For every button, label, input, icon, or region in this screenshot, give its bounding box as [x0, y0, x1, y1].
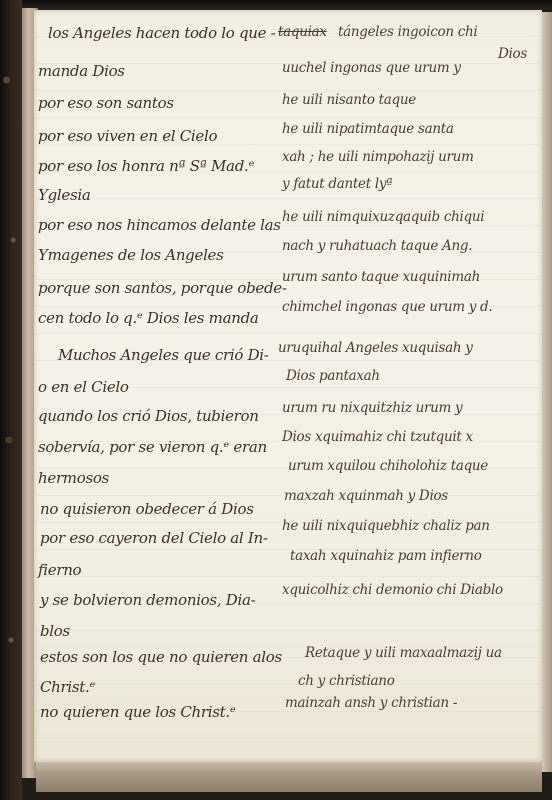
spanish-text-line: por eso son santos — [38, 94, 174, 112]
book-binding-top — [0, 0, 552, 10]
translation-text-line: uruquihal Angeles xuquisah y — [278, 340, 473, 356]
translation-text-line: uuchel ingonas que urum y — [282, 60, 461, 76]
spanish-text-line: no quieren que los Christ.ᵉ — [40, 703, 235, 721]
translation-text-line: Dios pantaxah — [286, 368, 380, 384]
marbled-binding — [0, 0, 22, 800]
spanish-text-line: estos son los que no quieren alos — [40, 648, 282, 666]
translation-text-line: ch y christiano — [298, 673, 395, 689]
spanish-text-line: porque son santos, porque obede- — [38, 279, 287, 297]
spanish-text-line: los Angeles hacen todo lo que - — [48, 24, 275, 42]
translation-text-line: mainzah ansh y christian - — [285, 695, 457, 711]
translation-text-line: Dios xquimahiz chi tzutquit x — [282, 429, 473, 445]
spanish-text-line: manda Dios — [38, 62, 125, 80]
spanish-text-line: por eso viven en el Cielo — [38, 127, 217, 145]
translation-text-line: xah ; he uili nimpohazij urum — [282, 149, 474, 165]
translation-text-line: maxzah xquinmah y Dios — [284, 488, 448, 504]
spanish-text-line: blos — [40, 622, 70, 640]
spanish-text-line: y se bolvieron demonios, Dia- — [40, 591, 255, 609]
spanish-text-line: sobervía, por se vieron q.ᵉ eran — [38, 438, 267, 456]
spanish-text-line: Yglesia — [38, 186, 91, 204]
translation-text-line: urum ru nixquitzhiz urum y — [282, 400, 462, 416]
spanish-text-line: o en el Cielo — [38, 378, 129, 396]
translation-text-line: Dios — [498, 46, 527, 62]
spanish-text-line: cen todo lo q.ᵉ Dios les manda — [38, 309, 259, 327]
translation-text-line: tángeles ingoicon chi — [338, 24, 477, 40]
spanish-text-line: Ymagenes de los Angeles — [38, 246, 224, 264]
spanish-text-line: Christ.ᵉ — [40, 678, 95, 696]
spanish-text-line: no quisieron obedecer á Dios — [40, 500, 254, 518]
spanish-text-line: por eso nos hincamos delante las — [38, 216, 281, 234]
translation-text-line: xquicolhiz chi demonio chi Diablo — [282, 582, 503, 598]
translation-text-line: he uili nisanto taque — [282, 92, 416, 108]
translation-text-line: nach y ruhatuach taque Ang. — [282, 238, 472, 254]
translation-text-line: he uili nipatimtaque santa — [282, 121, 454, 137]
spanish-text-line: hermosos — [38, 469, 109, 487]
spanish-text-line: fierno — [38, 561, 81, 579]
scan-background: los Angeles hacen todo lo que -manda Dio… — [0, 0, 552, 800]
spanish-text-line: quando los crió Dios, tubieron — [38, 407, 259, 425]
spanish-text-line: Muchos Angeles que crió Di- — [58, 346, 269, 364]
translation-text-line: taxah xquinahiz pam infierno — [290, 548, 482, 564]
translation-text-line: y fatut dantet lyª — [282, 176, 392, 192]
translation-text-line: chimchel ingonas que urum y d. — [282, 299, 492, 315]
translation-text-line: he uili nimquixuzqaquib chiqui — [282, 209, 484, 225]
spanish-text-line: por eso cayeron del Cielo al In- — [40, 529, 268, 547]
translation-text-line: urum xquilou chiholohiz taque — [288, 458, 488, 474]
page-bottom-edge — [36, 760, 542, 792]
translation-text-line: Retaque y uili maxaalmazij ua — [305, 645, 502, 661]
translation-text-line: urum santo taque xuquinimah — [282, 269, 480, 285]
manuscript-page: los Angeles hacen todo lo que -manda Dio… — [34, 10, 542, 762]
spanish-text-line: por eso los honra nª Sª Mad.ᵉ — [38, 157, 254, 175]
translation-text-line: he uili nixquiquebhiz chaliz pan — [282, 518, 490, 534]
translation-text-line: taquiax — [278, 24, 327, 40]
